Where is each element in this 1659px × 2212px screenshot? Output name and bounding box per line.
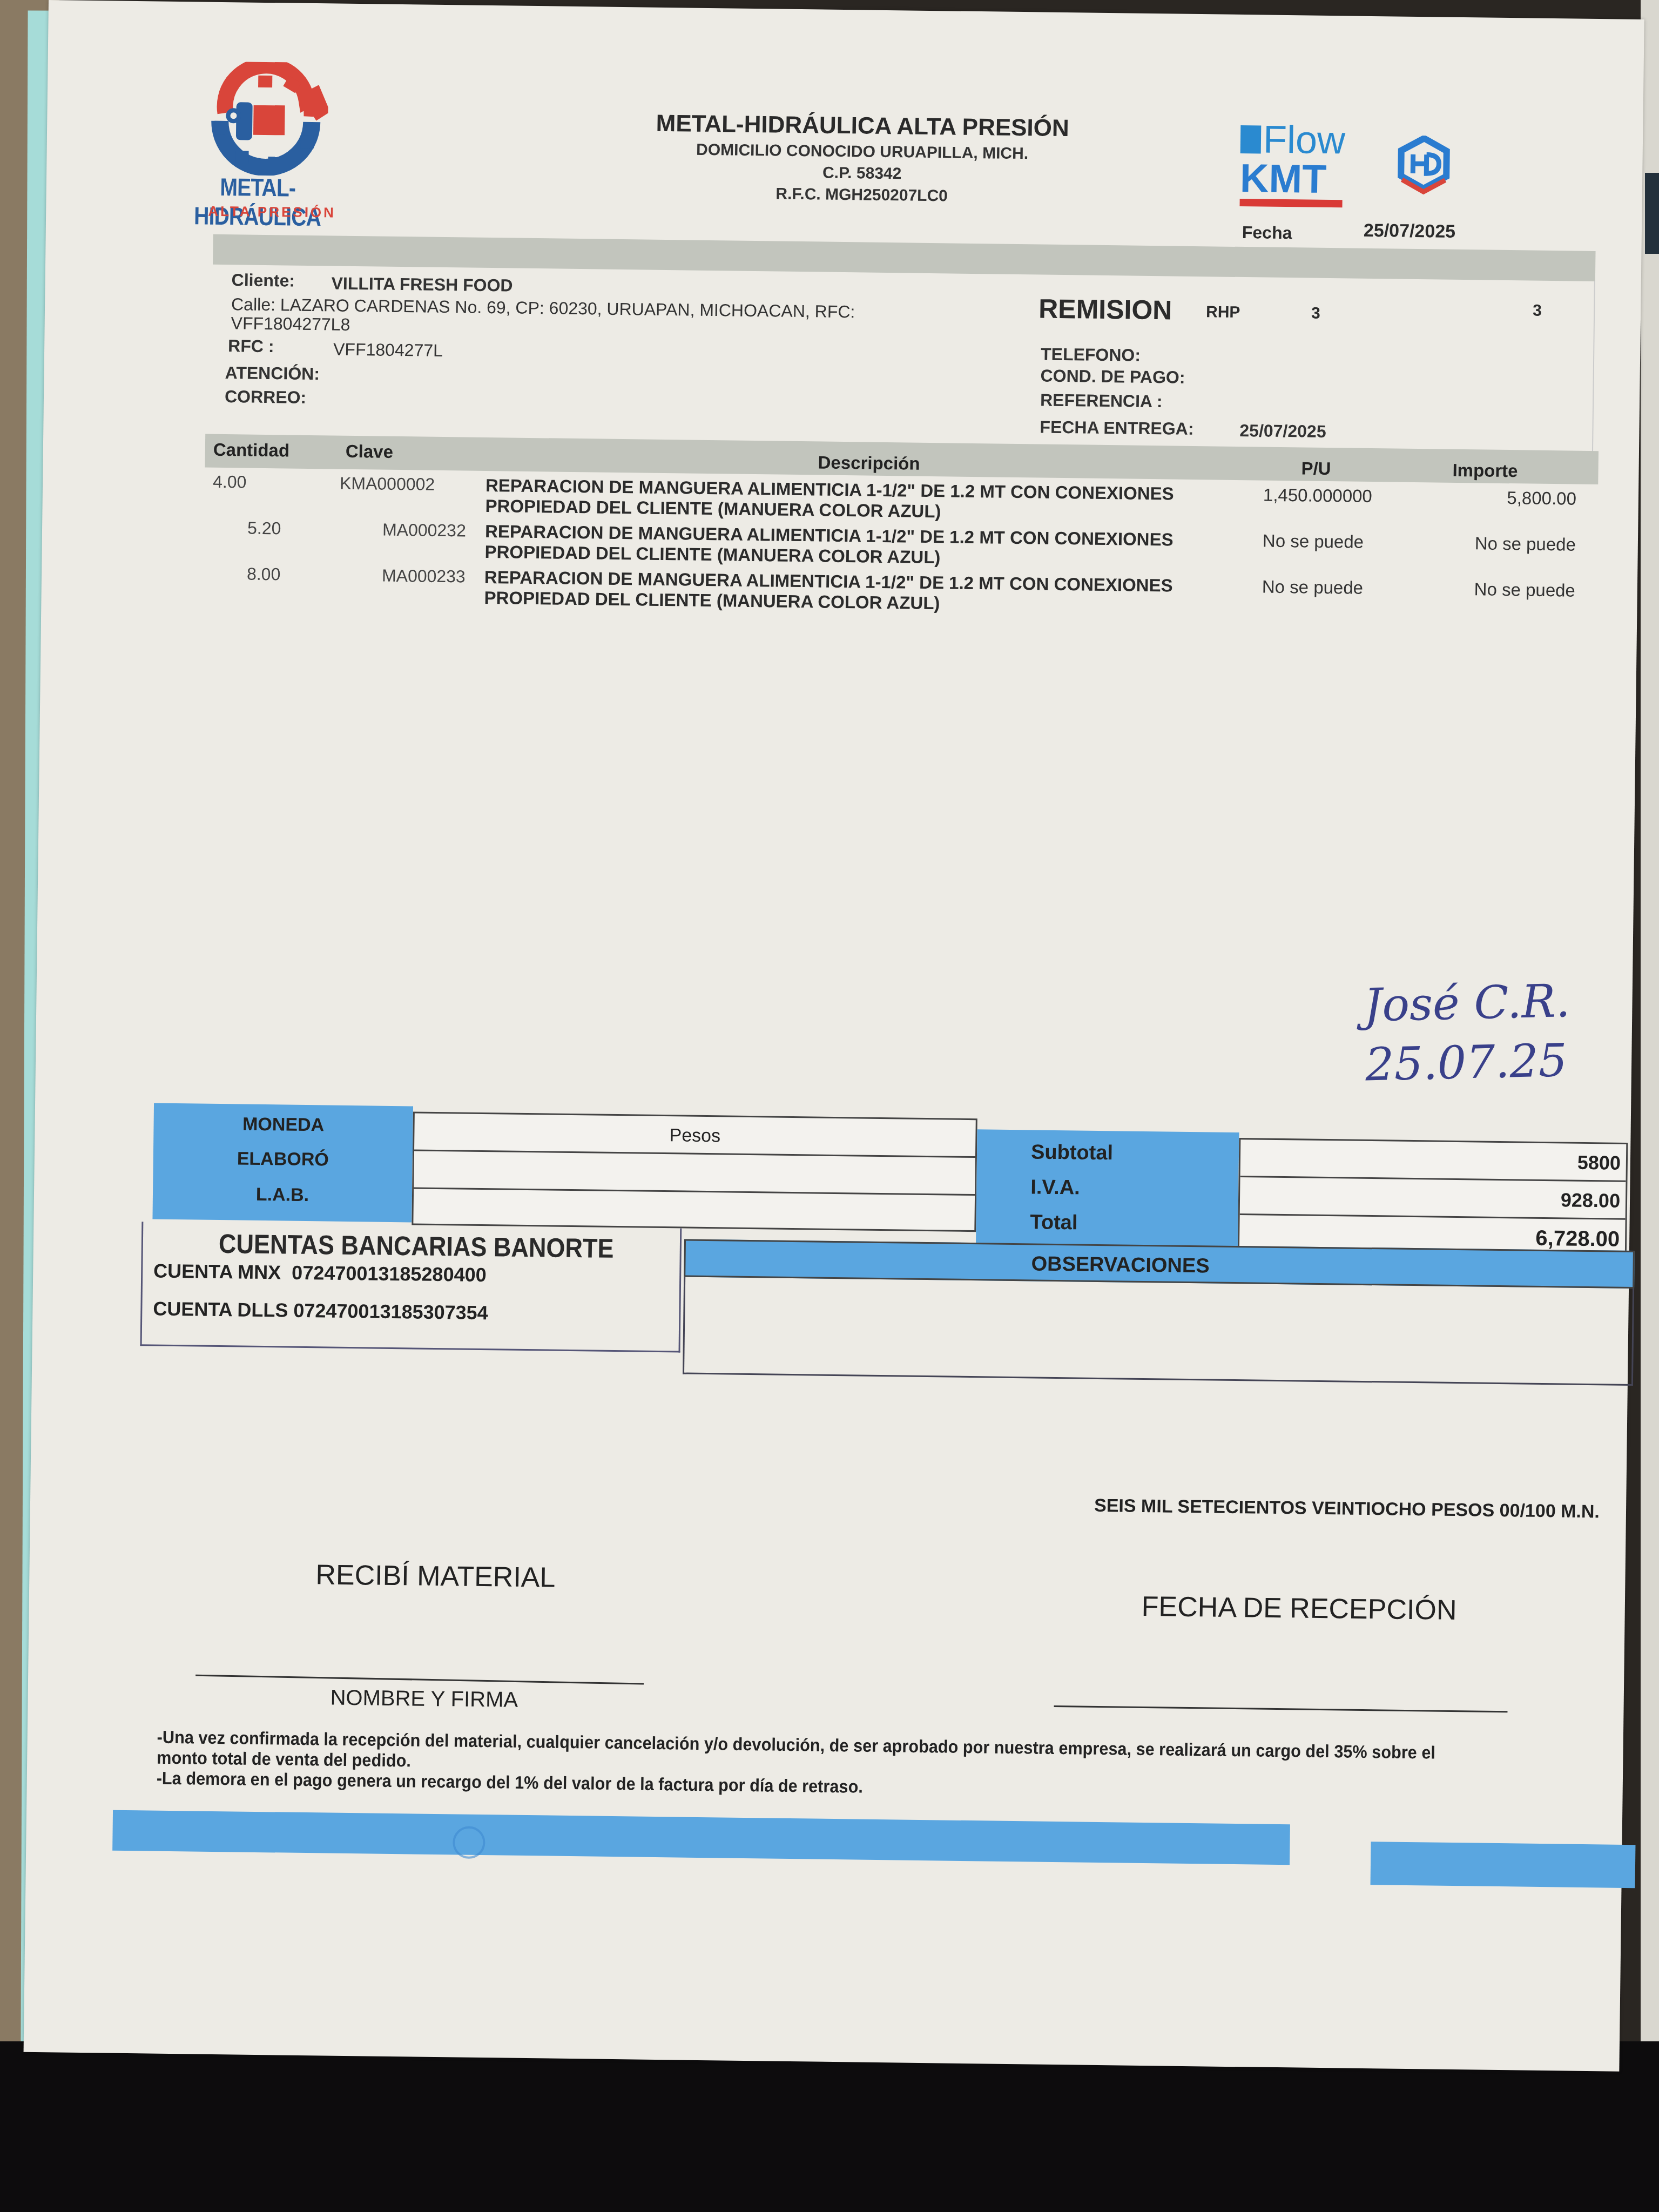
row-quantity: 8.00	[247, 564, 281, 585]
row-description: REPARACION DE MANGUERA ALIMENTICIA 1-1/2…	[484, 567, 1186, 617]
row-amount: 5,800.00	[1404, 487, 1576, 509]
lab-value	[414, 1197, 975, 1204]
subtotal-label: Subtotal	[1031, 1141, 1113, 1165]
company-header: METAL-HIDRÁULICA ALTA PRESIÓN DOMICILIO …	[511, 108, 1214, 208]
flow-mark-icon	[1240, 125, 1262, 153]
client-address-rfc: VFF1804277L8	[231, 313, 350, 335]
remision-title: REMISION	[1038, 293, 1172, 326]
col-description: Descripción	[818, 452, 920, 474]
logo-tagline: ALTA PRESIÓN	[208, 203, 336, 221]
bank-title: CUENTAS BANCARIAS BANORTE	[219, 1228, 614, 1264]
date-value: 25/07/2025	[1364, 220, 1456, 242]
delivery-date-value: 25/07/2025	[1239, 421, 1326, 442]
client-rfc-label: RFC :	[228, 336, 274, 356]
received-material-label: RECIBÍ MATERIAL	[315, 1559, 556, 1594]
footer-bar	[112, 1810, 1290, 1865]
signature-line	[195, 1675, 644, 1685]
name-and-signature-label: NOMBRE Y FIRMA	[330, 1686, 518, 1712]
col-unit-price: P/U	[1301, 458, 1331, 479]
iva-value: 928.00	[1561, 1189, 1621, 1212]
summary-labels: MONEDA ELABORÓ L.A.B.	[152, 1103, 413, 1223]
date-label: Fecha	[1242, 222, 1292, 243]
lab-label: L.A.B.	[153, 1183, 412, 1208]
remision-document: METAL-HIDRÁULICA ALTA PRESIÓN METAL-HIDR…	[24, 0, 1644, 2072]
row-key: MA000232	[382, 520, 466, 541]
client-info: Cliente: VILLITA FRESH FOOD Calle: LAZAR…	[211, 265, 1595, 454]
row-unit-price: No se puede	[1263, 531, 1425, 554]
row-key: MA000233	[382, 566, 466, 587]
reference-label: REFERENCIA :	[1040, 390, 1163, 412]
company-name: METAL-HIDRÁULICA ALTA PRESIÓN	[511, 108, 1214, 144]
company-logo: METAL-HIDRÁULICA ALTA PRESIÓN	[170, 61, 367, 231]
total-label: Total	[1030, 1211, 1077, 1235]
client-name: VILLITA FRESH FOOD	[331, 273, 512, 295]
email-label: CORREO:	[225, 387, 307, 408]
totals-labels: Subtotal I.V.A. Total	[976, 1129, 1239, 1249]
right-background	[1641, 0, 1659, 2106]
delivery-date-label: FECHA ENTREGA:	[1040, 417, 1193, 439]
payment-terms-label: COND. DE PAGO:	[1040, 366, 1185, 387]
footer-bar-right	[1371, 1842, 1636, 1888]
row-unit-price: 1,450.000000	[1263, 485, 1425, 508]
prepared-by-label: ELABORÓ	[153, 1148, 413, 1172]
observations-label: OBSERVACIONES	[1031, 1252, 1210, 1278]
account-dlls-number: 072470013185307354	[293, 1299, 488, 1324]
amount-in-words: SEIS MIL SETECIENTOS VEINTIOCHO PESOS 00…	[1094, 1495, 1600, 1522]
client-label: Cliente:	[231, 270, 295, 291]
account-mxn: CUENTA MNX 072470013185280400	[153, 1260, 487, 1287]
account-mxn-number: 072470013185280400	[292, 1262, 487, 1286]
remision-series: RHP	[1206, 303, 1240, 322]
phone-label: TELEFONO:	[1041, 344, 1141, 365]
reception-date-label: FECHA DE RECEPCIÓN	[1141, 1590, 1456, 1627]
subtotal-value: 5800	[1577, 1151, 1621, 1175]
observations-field	[683, 1277, 1634, 1386]
row-quantity: 5.20	[247, 518, 281, 539]
gear-icon	[203, 62, 329, 177]
iva-label: I.V.A.	[1030, 1176, 1080, 1199]
col-key: Clave	[346, 441, 394, 462]
row-description: REPARACION DE MANGUERA ALIMENTICIA 1-1/2…	[484, 521, 1187, 571]
currency-label: MONEDA	[153, 1113, 413, 1137]
hd-hexagon-logo-icon	[1397, 136, 1451, 195]
reception-date-line	[1054, 1705, 1508, 1712]
logo-wordmark: METAL-HIDRÁULICA	[170, 172, 345, 232]
row-description: REPARACION DE MANGUERA ALIMENTICIA 1-1/2…	[485, 475, 1188, 525]
terms-and-conditions: -Una vez confirmada la recepción del mat…	[157, 1727, 1463, 1805]
remision-number: 3	[1311, 305, 1320, 323]
row-quantity: 4.00	[213, 472, 247, 493]
col-amount: Importe	[1452, 460, 1518, 481]
col-quantity: Cantidad	[213, 440, 290, 461]
totals-values: 5800 928.00 6,728.00	[1238, 1138, 1628, 1259]
attention-label: ATENCIÓN:	[225, 363, 320, 384]
row-amount: No se puede	[1402, 578, 1575, 601]
row-unit-price: No se puede	[1262, 577, 1424, 599]
row-key: KMA000002	[340, 474, 435, 495]
summary-values: Pesos	[412, 1111, 977, 1232]
account-dlls: CUENTA DLLS 072470013185307354	[153, 1298, 488, 1325]
remision-number-right: 3	[1533, 302, 1542, 320]
client-rfc-value: VFF1804277L	[333, 339, 443, 360]
currency-value: Pesos	[414, 1122, 975, 1150]
flow-kmt-logo: Flow KMT	[1239, 120, 1365, 208]
right-background-object	[1645, 173, 1659, 254]
bank-accounts: CUENTAS BANCARIAS BANORTE CUENTA MNX 072…	[140, 1222, 682, 1352]
row-amount: No se puede	[1403, 532, 1576, 555]
total-value: 6,728.00	[1535, 1226, 1620, 1252]
prepared-by-value	[414, 1159, 975, 1166]
handwritten-signature: José C.R. 25.07.25	[1363, 971, 1572, 1095]
